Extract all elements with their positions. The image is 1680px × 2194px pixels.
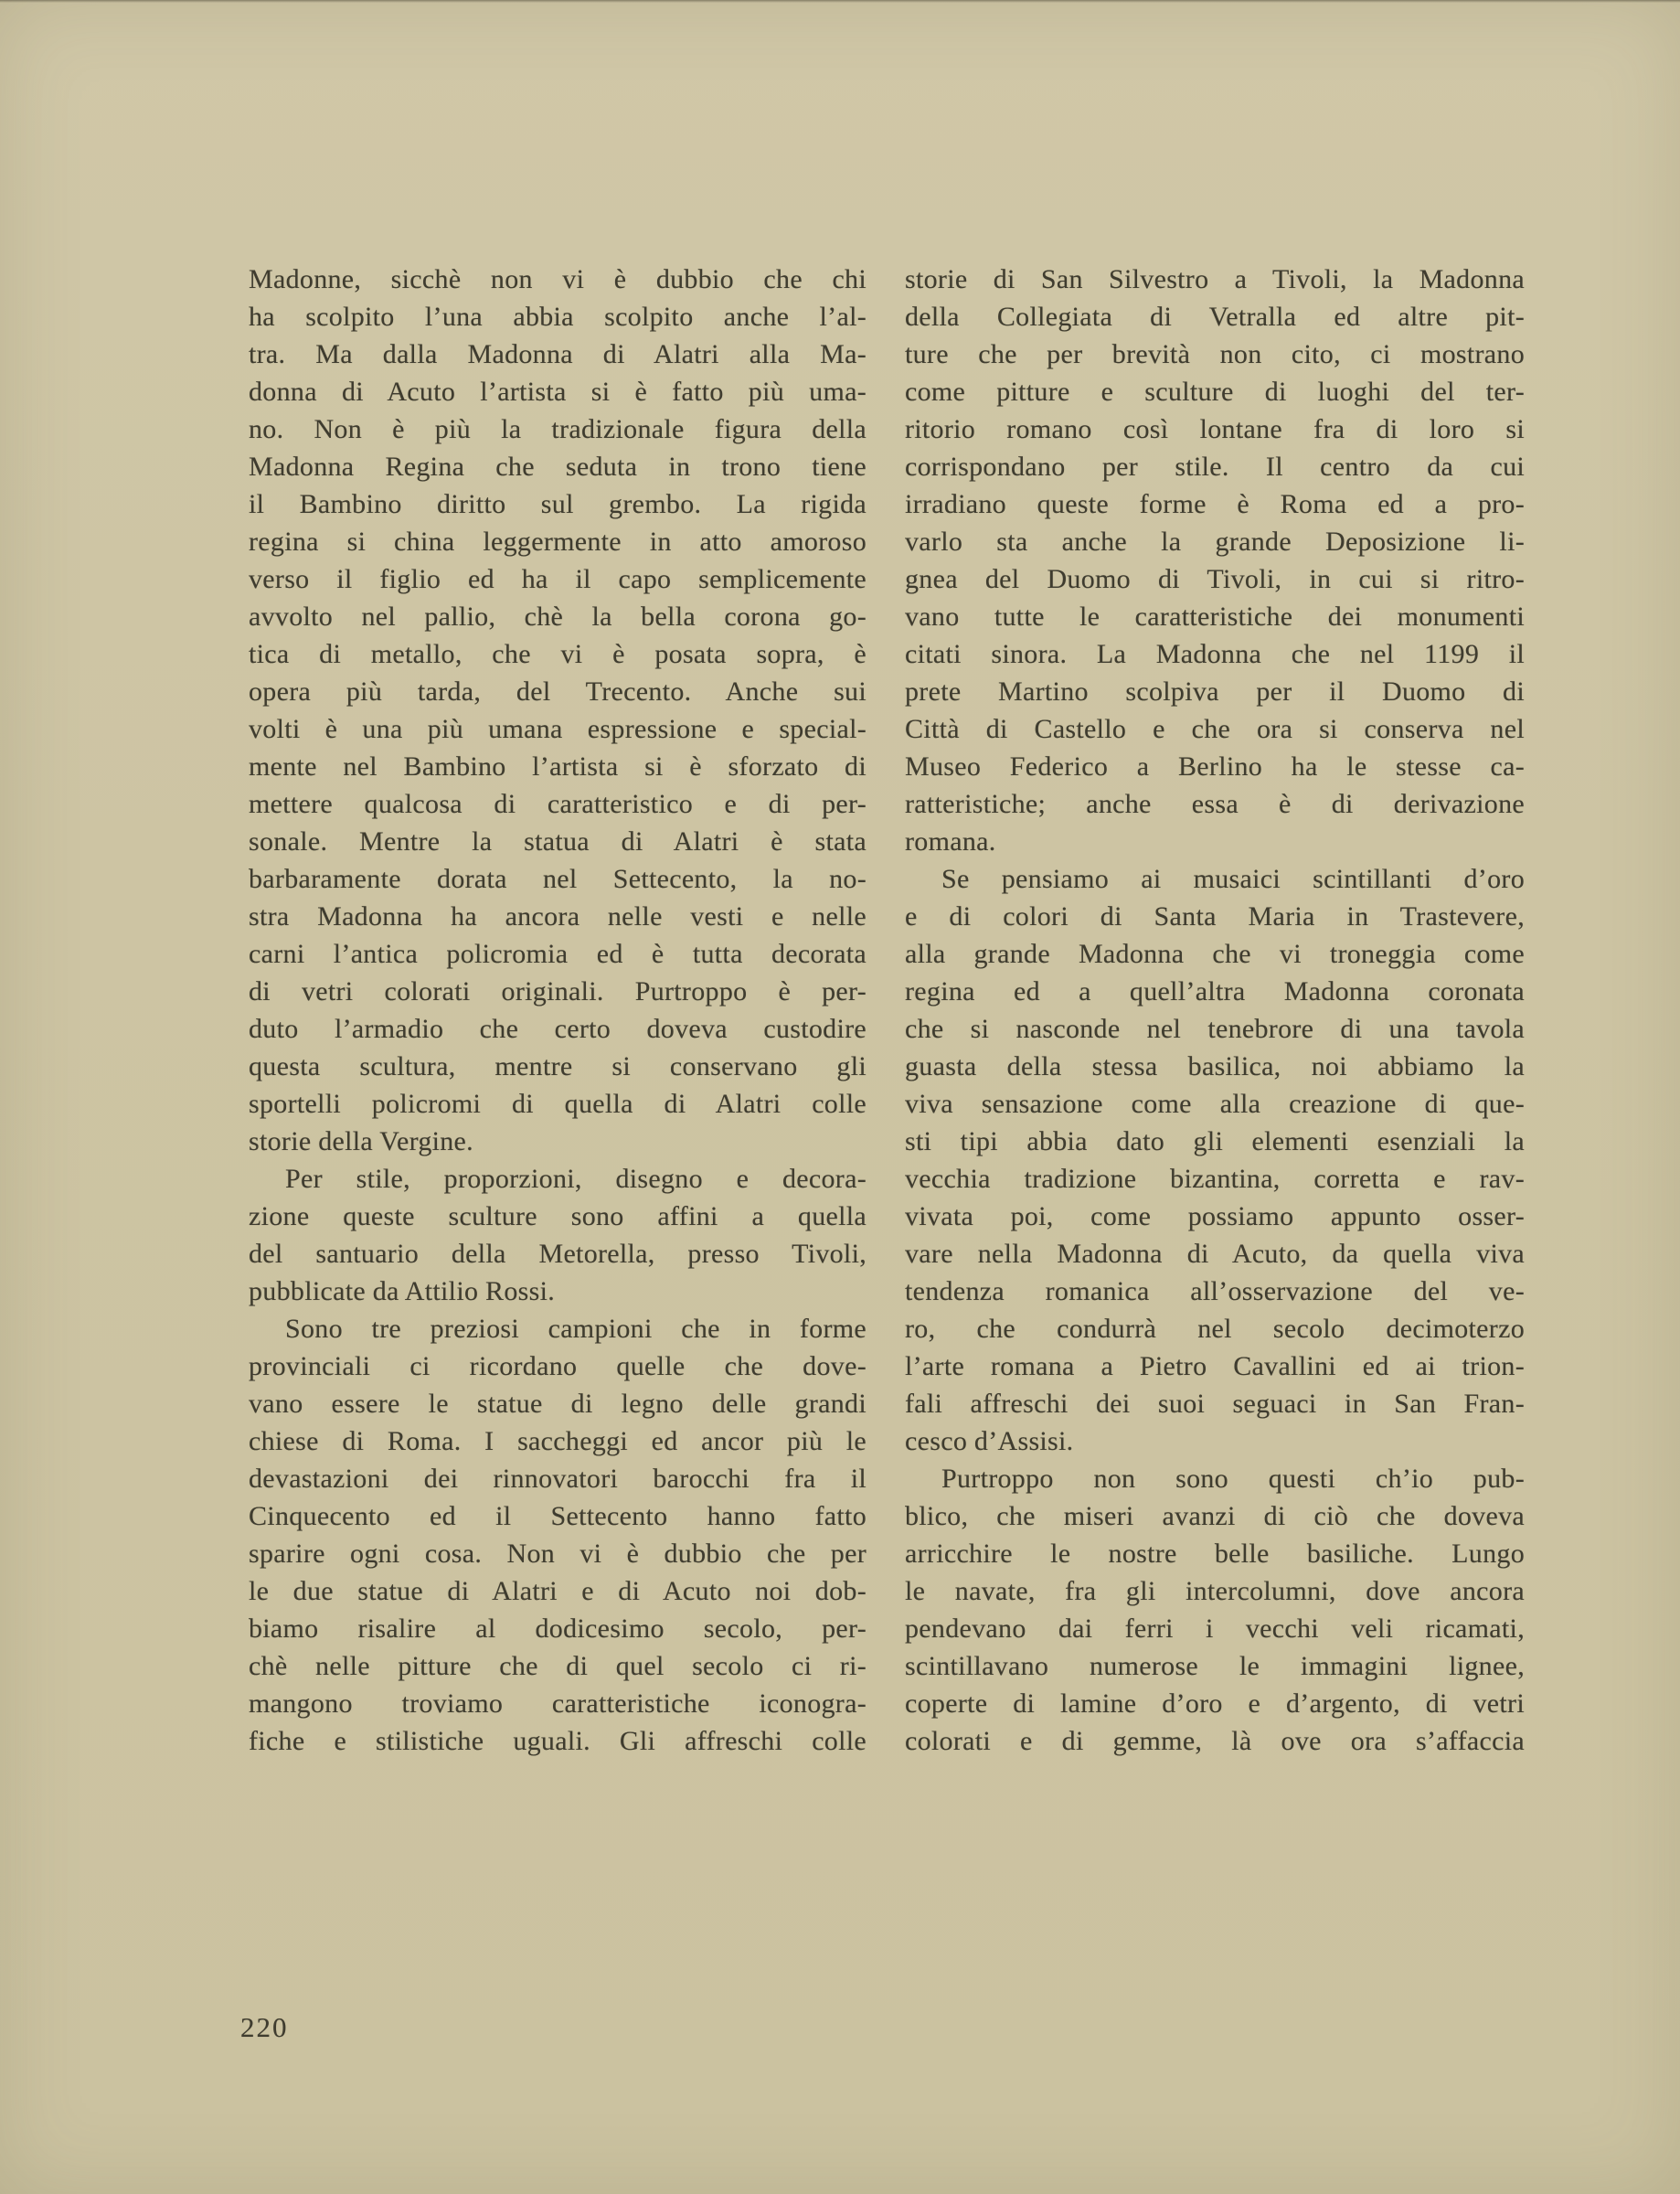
text-line: mente nel Bambino l’artista si è sforzat… xyxy=(249,748,867,785)
text-column-left: Madonne, sicchè non vi è dubbio che chih… xyxy=(249,261,867,1760)
text-line: tica di metallo, che vi è posata sopra, … xyxy=(249,635,867,673)
text-line: biamo risalire al dodicesimo secolo, per… xyxy=(249,1610,867,1647)
text-line: no. Non è più la tradizionale figura del… xyxy=(249,410,867,448)
text-line: ritorio romano così lontane fra di loro … xyxy=(905,410,1525,448)
text-line: Museo Federico a Berlino ha le stesse ca… xyxy=(905,748,1525,785)
text-line: carni l’antica policromia ed è tutta dec… xyxy=(249,935,867,973)
text-line: romana. xyxy=(905,823,1525,860)
text-line: vano tutte le caratteristiche dei monume… xyxy=(905,598,1525,635)
text-line: sportelli policromi di quella di Alatri … xyxy=(249,1085,867,1123)
text-line: della Collegiata di Vetralla ed altre pi… xyxy=(905,298,1525,335)
text-line: e di colori di Santa Maria in Trastevere… xyxy=(905,898,1525,935)
text-line: vecchia tradizione bizantina, corretta e… xyxy=(905,1160,1525,1198)
text-line: stra Madonna ha ancora nelle vesti e nel… xyxy=(249,898,867,935)
text-line: arricchire le nostre belle basiliche. Lu… xyxy=(905,1535,1525,1572)
text-line: le due statue di Alatri e di Acuto noi d… xyxy=(249,1572,867,1610)
text-line: il Bambino diritto sul grembo. La rigida xyxy=(249,485,867,523)
text-line: questa scultura, mentre si conservano gl… xyxy=(249,1048,867,1085)
text-line: mangono troviamo caratteristiche iconogr… xyxy=(249,1685,867,1722)
text-line: storie di San Silvestro a Tivoli, la Mad… xyxy=(905,261,1525,298)
text-line: sonale. Mentre la statua di Alatri è sta… xyxy=(249,823,867,860)
text-line: Cinquecento ed il Settecento hanno fatto xyxy=(249,1497,867,1535)
text-line: di vetri colorati originali. Purtroppo è… xyxy=(249,973,867,1010)
text-line: viva sensazione come alla creazione di q… xyxy=(905,1085,1525,1123)
page-number: 220 xyxy=(240,2011,289,2044)
text-line: prete Martino scolpiva per il Duomo di xyxy=(905,673,1525,710)
text-line: cesco d’Assisi. xyxy=(905,1422,1525,1460)
text-line: barbaramente dorata nel Settecento, la n… xyxy=(249,860,867,898)
text-line: del santuario della Metorella, presso Ti… xyxy=(249,1235,867,1273)
text-line: zione queste sculture sono affini a quel… xyxy=(249,1198,867,1235)
text-line: tendenza romanica all’osservazione del v… xyxy=(905,1273,1525,1310)
text-line: colorati e di gemme, là ove ora s’affacc… xyxy=(905,1722,1525,1760)
text-line: donna di Acuto l’artista si è fatto più … xyxy=(249,373,867,410)
scan-edge-shadow xyxy=(0,0,1680,3)
text-line: ture che per brevità non cito, ci mostra… xyxy=(905,335,1525,373)
text-line: irradiano queste forme è Roma ed a pro- xyxy=(905,485,1525,523)
text-line: l’arte romana a Pietro Cavallini ed ai t… xyxy=(905,1347,1525,1385)
text-line: volti è una più umana espressione e spec… xyxy=(249,710,867,748)
text-line: provinciali ci ricordano quelle che dove… xyxy=(249,1347,867,1385)
text-line: vano essere le statue di legno delle gra… xyxy=(249,1385,867,1422)
text-line: ratteristiche; anche essa è di derivazio… xyxy=(905,785,1525,823)
text-line: fali affreschi dei suoi seguaci in San F… xyxy=(905,1385,1525,1422)
text-line: ro, che condurrà nel secolo decimoterzo xyxy=(905,1310,1525,1347)
text-line: le navate, fra gli intercolumni, dove an… xyxy=(905,1572,1525,1610)
text-line: come pitture e sculture di luoghi del te… xyxy=(905,373,1525,410)
text-line: fiche e stilistiche uguali. Gli affresch… xyxy=(249,1722,867,1760)
text-line: avvolto nel pallio, chè la bella corona … xyxy=(249,598,867,635)
text-line: alla grande Madonna che vi troneggia com… xyxy=(905,935,1525,973)
text-line: Madonna Regina che seduta in trono tiene xyxy=(249,448,867,485)
text-line: gnea del Duomo di Tivoli, in cui si ritr… xyxy=(905,560,1525,598)
text-line: sparire ogni cosa. Non vi è dubbio che p… xyxy=(249,1535,867,1572)
text-line: coperte di lamine d’oro e d’argento, di … xyxy=(905,1685,1525,1722)
text-line: pubblicate da Attilio Rossi. xyxy=(249,1273,867,1310)
text-line: verso il figlio ed ha il capo sempliceme… xyxy=(249,560,867,598)
text-line: Se pensiamo ai musaici scintillanti d’or… xyxy=(905,860,1525,898)
text-line: mettere qualcosa di caratteristico e di … xyxy=(249,785,867,823)
text-line: regina ed a quell’altra Madonna coronata xyxy=(905,973,1525,1010)
text-line: ha scolpito l’una abbia scolpito anche l… xyxy=(249,298,867,335)
text-line: citati sinora. La Madonna che nel 1199 i… xyxy=(905,635,1525,673)
text-line: blico, che miseri avanzi di ciò che dove… xyxy=(905,1497,1525,1535)
book-page: Madonne, sicchè non vi è dubbio che chih… xyxy=(0,0,1680,2194)
text-line: storie della Vergine. xyxy=(249,1123,867,1160)
text-line: Città di Castello e che ora si conserva … xyxy=(905,710,1525,748)
text-line: opera più tarda, del Trecento. Anche sui xyxy=(249,673,867,710)
text-line: regina si china leggermente in atto amor… xyxy=(249,523,867,560)
text-line: varlo sta anche la grande Deposizione li… xyxy=(905,523,1525,560)
text-line: Sono tre preziosi campioni che in forme xyxy=(249,1310,867,1347)
text-line: chiese di Roma. I saccheggi ed ancor più… xyxy=(249,1422,867,1460)
text-line: Purtroppo non sono questi ch’io pub- xyxy=(905,1460,1525,1497)
text-line: sti tipi abbia dato gli elementi esenzia… xyxy=(905,1123,1525,1160)
text-line: tra. Ma dalla Madonna di Alatri alla Ma- xyxy=(249,335,867,373)
text-line: Madonne, sicchè non vi è dubbio che chi xyxy=(249,261,867,298)
text-line: chè nelle pitture che di quel secolo ci … xyxy=(249,1647,867,1685)
text-line: guasta della stessa basilica, noi abbiam… xyxy=(905,1048,1525,1085)
text-line: vivata poi, come possiamo appunto osser- xyxy=(905,1198,1525,1235)
text-line: duto l’armadio che certo doveva custodir… xyxy=(249,1010,867,1048)
text-line: che si nasconde nel tenebrore di una tav… xyxy=(905,1010,1525,1048)
text-line: Per stile, proporzioni, disegno e decora… xyxy=(249,1160,867,1198)
text-line: pendevano dai ferri i vecchi veli ricama… xyxy=(905,1610,1525,1647)
text-line: devastazioni dei rinnovatori barocchi fr… xyxy=(249,1460,867,1497)
text-line: corrispondano per stile. Il centro da cu… xyxy=(905,448,1525,485)
text-column-right: storie di San Silvestro a Tivoli, la Mad… xyxy=(905,261,1525,1760)
text-line: scintillavano numerose le immagini ligne… xyxy=(905,1647,1525,1685)
text-line: vare nella Madonna di Acuto, da quella v… xyxy=(905,1235,1525,1273)
